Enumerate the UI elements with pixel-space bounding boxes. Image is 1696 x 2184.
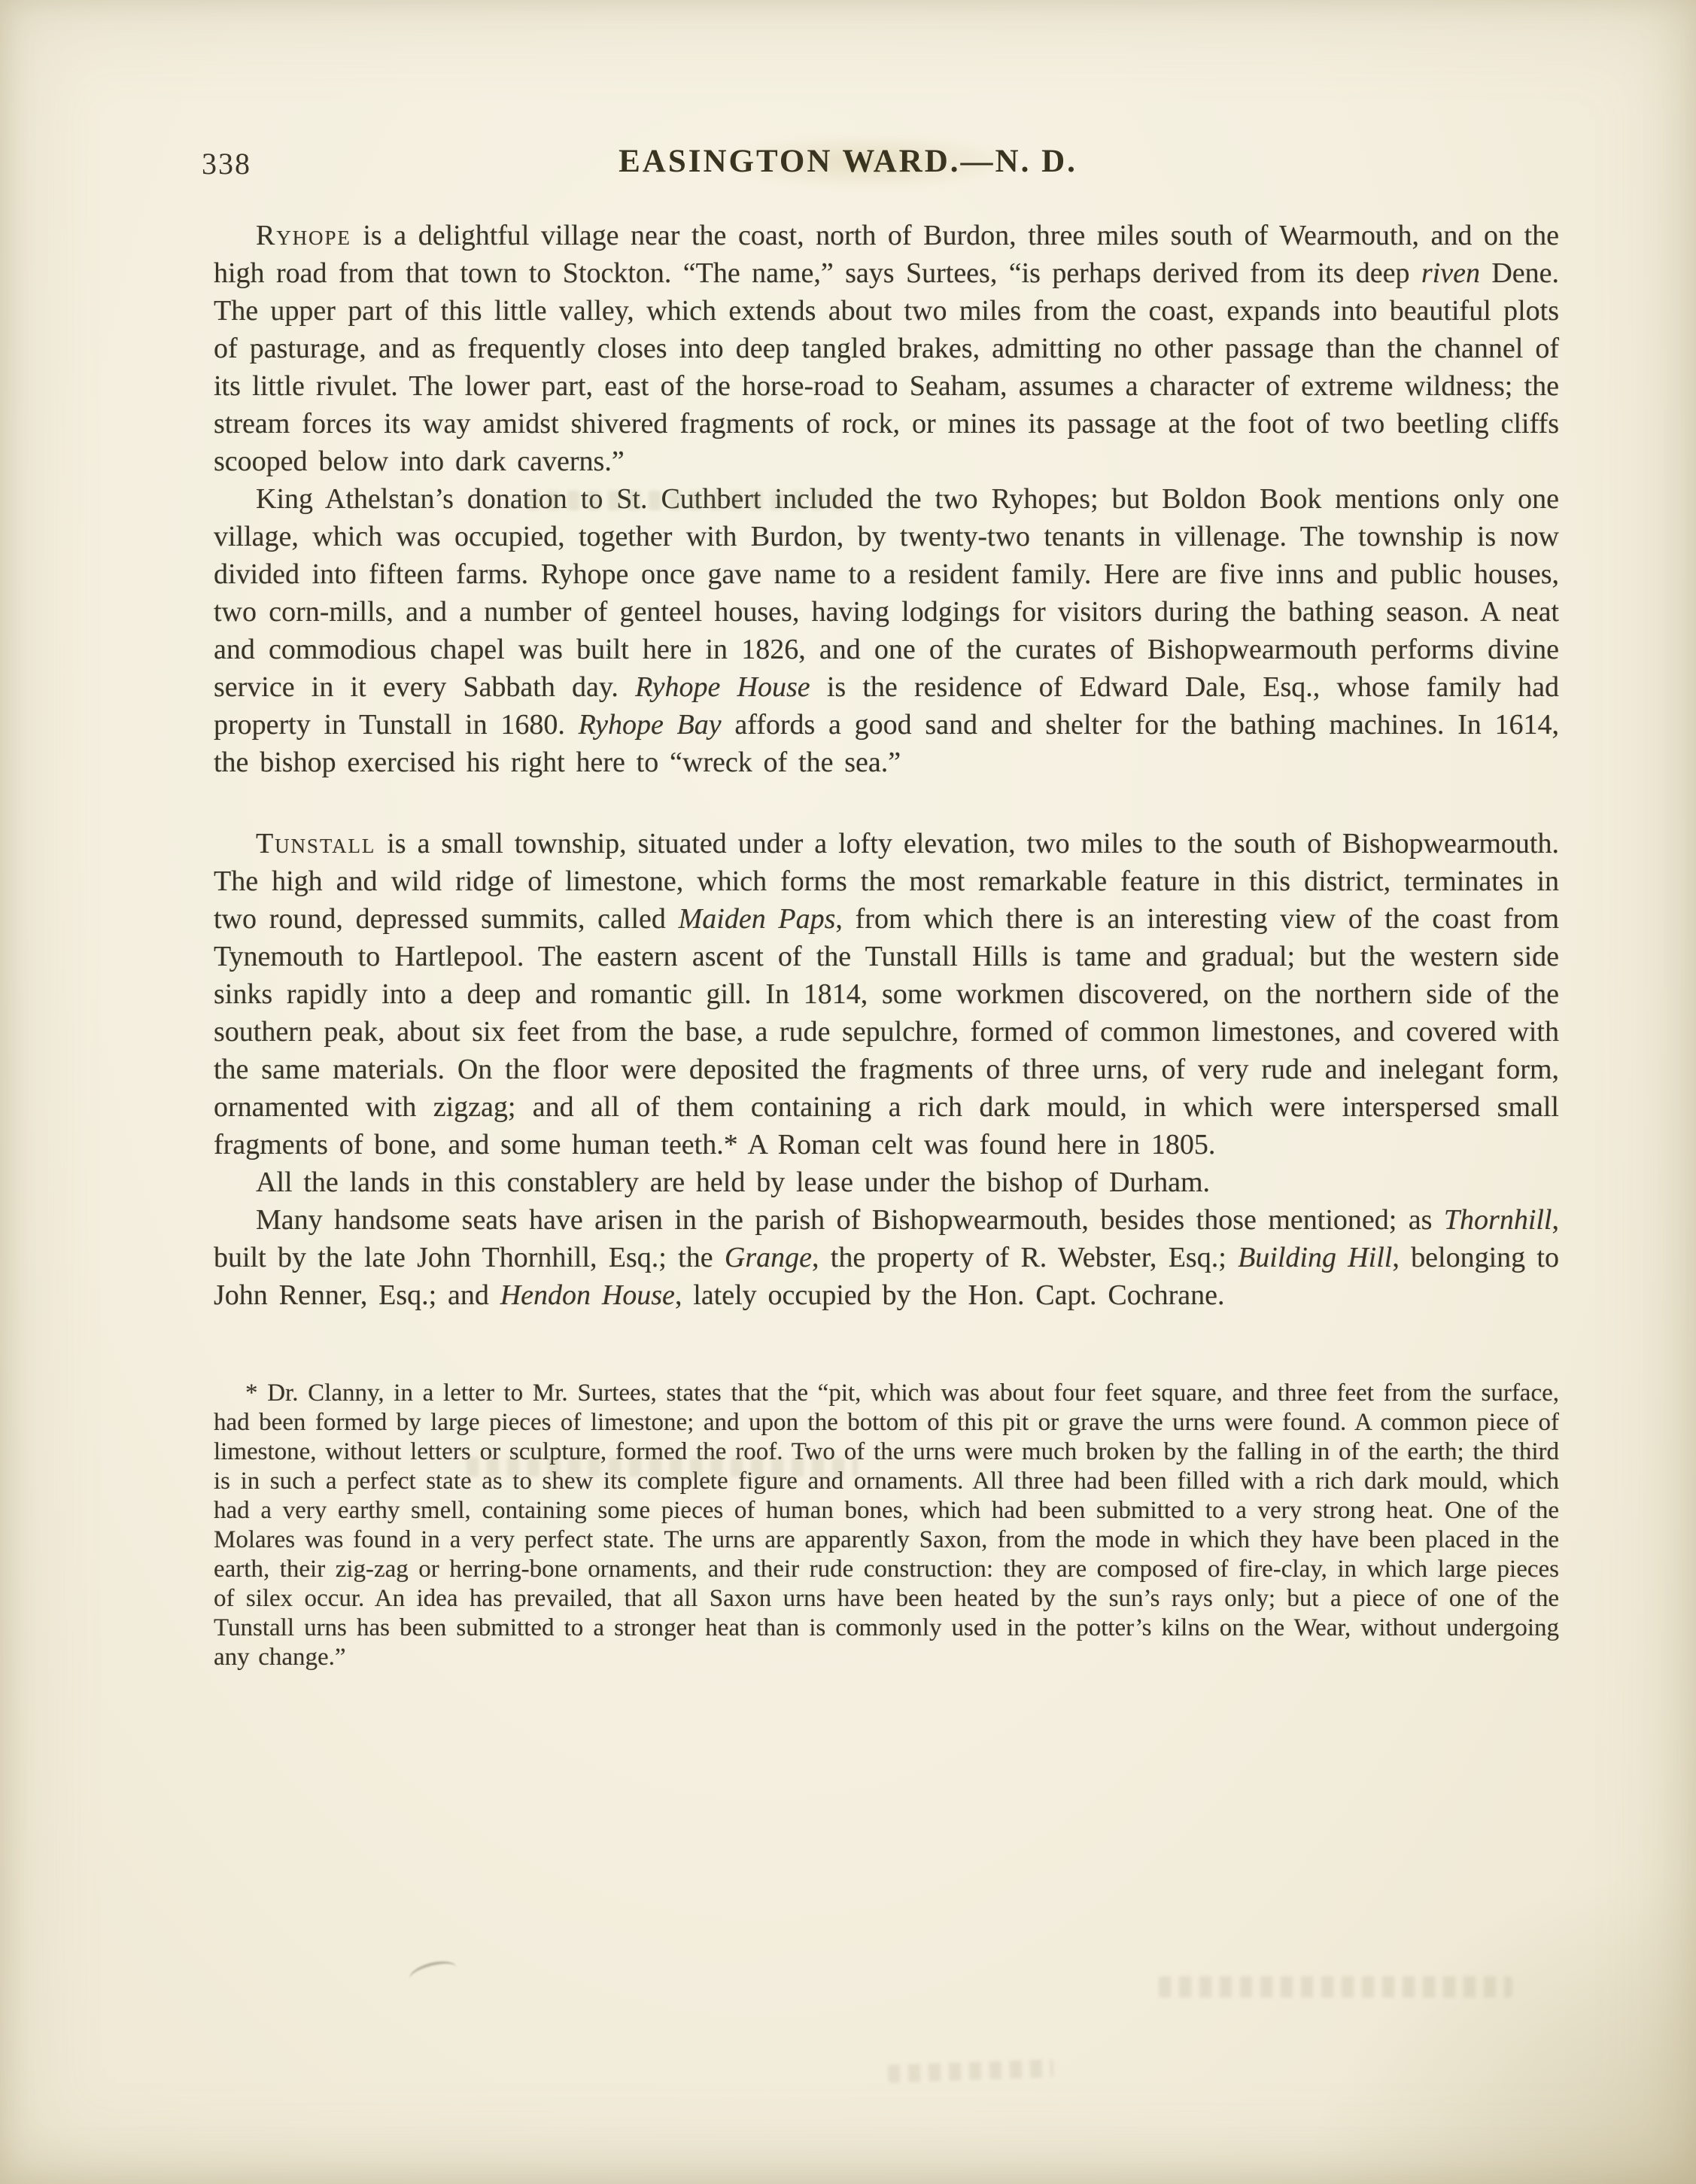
seats-paragraph: Many handsome seats have arisen in the p… bbox=[214, 1201, 1559, 1314]
ryhope-paragraph: Ryhope is a delightful village near the … bbox=[214, 217, 1559, 480]
tunstall-paragraph: Tunstall is a small township, situated u… bbox=[214, 825, 1559, 1163]
book-page-scan: 338 EASINGTON WARD.—N. D. Ryhope is a de… bbox=[0, 0, 1696, 2184]
lands-paragraph: All the lands in this constablery are he… bbox=[214, 1163, 1559, 1201]
footnote-block: * Dr. Clanny, in a letter to Mr. Surtees… bbox=[214, 1379, 1559, 1672]
pen-mark bbox=[407, 1957, 456, 1979]
show-through-mark bbox=[888, 2059, 1054, 2083]
athelstan-paragraph: King Athelstan’s donation to St. Cuthber… bbox=[214, 480, 1559, 781]
running-header: EASINGTON WARD.—N. D. bbox=[0, 143, 1696, 180]
corner-shade bbox=[1305, 1868, 1696, 2184]
show-through-mark bbox=[527, 491, 850, 510]
footnote-paragraph: * Dr. Clanny, in a letter to Mr. Surtees… bbox=[214, 1379, 1559, 1672]
show-through-mark bbox=[467, 1457, 858, 1477]
text-block: Ryhope is a delightful village near the … bbox=[214, 217, 1559, 1672]
